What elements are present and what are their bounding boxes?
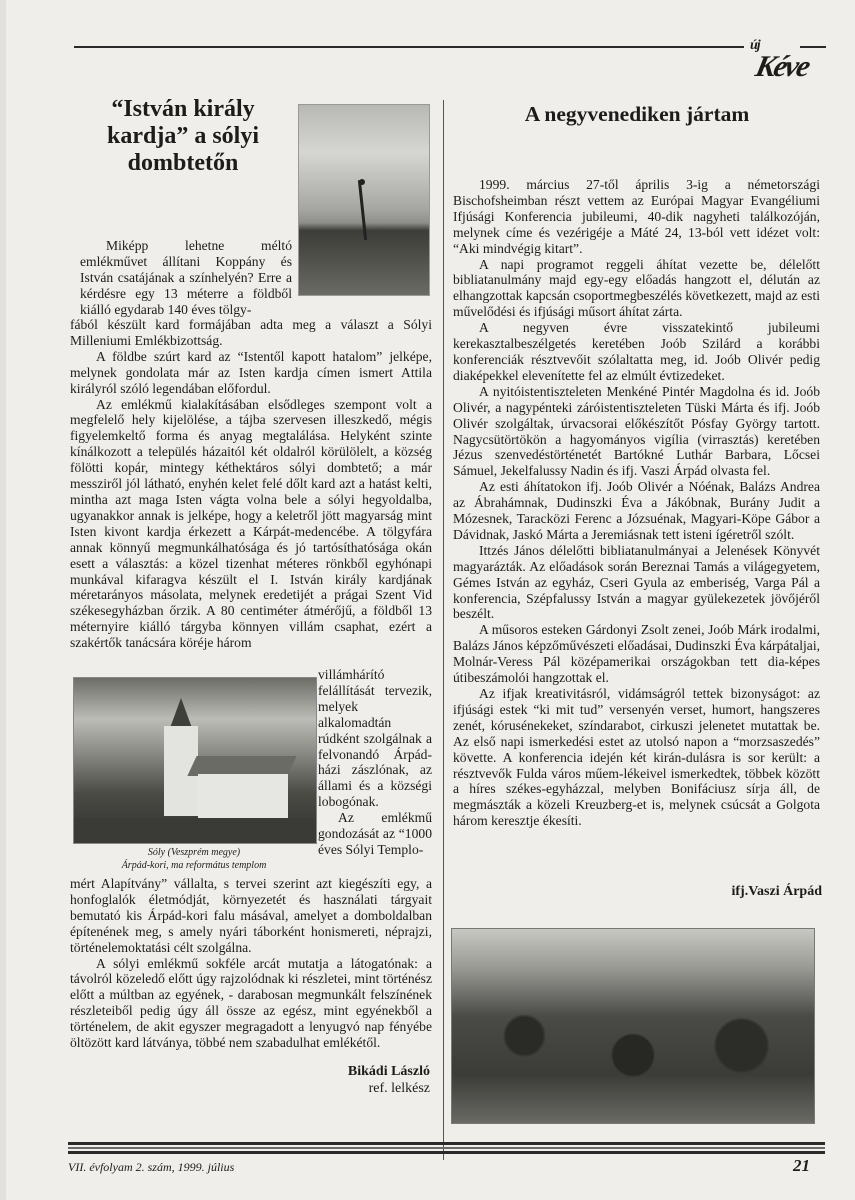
church-ground — [74, 818, 316, 843]
paragraph: A negyven évre visszatekintő jubileumi k… — [453, 320, 820, 384]
paragraph: villámhárító felállítását tervezik, mely… — [318, 667, 432, 810]
footer-rule — [68, 1147, 825, 1149]
left-article-narrow-column: villámhárító felállítását tervezik, mely… — [318, 667, 432, 858]
right-article-title: A negyvenediken jártam — [452, 102, 822, 127]
paragraph: Ittzés János délelőtti bibliatanulmányai… — [453, 543, 820, 623]
paragraph: Az esti áhítatokon ifj. Joób Olivér a Nó… — [453, 479, 820, 543]
author-role: ref. lelkész — [300, 1080, 430, 1097]
intro-paragraph: Miképp lehetne méltó emlékművet állítani… — [80, 238, 292, 318]
paragraph: A műsoros esteken Gárdonyi Zsolt zenei, … — [453, 622, 820, 686]
left-article-title: “István király kardja” a sólyi dombtetőn — [78, 96, 288, 177]
church-nave — [198, 774, 288, 818]
footer-rule — [68, 1151, 825, 1154]
right-article-signature: ifj.Vaszi Árpád — [600, 884, 822, 900]
paragraph: Az emlékmű gondozását az “1000 éves Sóly… — [318, 810, 432, 858]
left-article-main: fából készült kard formájában adta meg a… — [70, 317, 432, 651]
paragraph: Az emlékmű kialakításában elsődleges sze… — [70, 397, 432, 652]
header-rule — [74, 46, 744, 48]
sword-tip — [359, 179, 365, 185]
paragraph: mért Alapítvány” vállalta, s tervei szer… — [70, 876, 432, 956]
page-edge — [0, 0, 6, 1200]
right-article-body: 1999. március 27-től április 3-ig a néme… — [453, 177, 820, 829]
church-roof — [187, 756, 296, 776]
paragraph: fából készült kard formájában adta meg a… — [70, 317, 432, 349]
page-number: 21 — [793, 1156, 810, 1176]
sword-pole — [358, 180, 367, 240]
left-article-lower: mért Alapítvány” vállalta, s tervei szer… — [70, 876, 432, 1051]
church-photo — [73, 677, 317, 844]
column-divider — [443, 100, 444, 1160]
left-article-intro: Miképp lehetne méltó emlékművet állítani… — [80, 238, 292, 318]
magazine-logo: új Kéve — [744, 38, 834, 88]
paragraph: A földbe szúrt kard az “Istentől kapott … — [70, 349, 432, 397]
author-name: Bikádi László — [300, 1063, 430, 1080]
paragraph: A sólyi emlékmű sokféle arcát mutatja a … — [70, 956, 432, 1051]
paragraph: 1999. március 27-től április 3-ig a néme… — [453, 177, 820, 257]
sword-monument-photo — [298, 104, 430, 296]
issue-info: VII. évfolyam 2. szám, 1999. július — [68, 1160, 234, 1175]
paragraph: Az ifjak kreativitásról, vidámságról tet… — [453, 686, 820, 829]
photo-caption-line2: Árpád-kori, ma református templom — [73, 859, 315, 872]
paragraph: A nyitóistentiszteleten Menkéné Pintér M… — [453, 384, 820, 479]
group-photo — [451, 928, 815, 1124]
photo-caption-line1: Sóly (Veszprém megye) — [73, 846, 315, 859]
church-spire — [170, 698, 192, 728]
paragraph: A napi programot reggeli áhítat vezette … — [453, 257, 820, 321]
footer-rule — [68, 1142, 825, 1145]
left-article-signature: Bikádi László ref. lelkész — [300, 1063, 430, 1097]
logo-large-text: Kéve — [752, 50, 811, 84]
